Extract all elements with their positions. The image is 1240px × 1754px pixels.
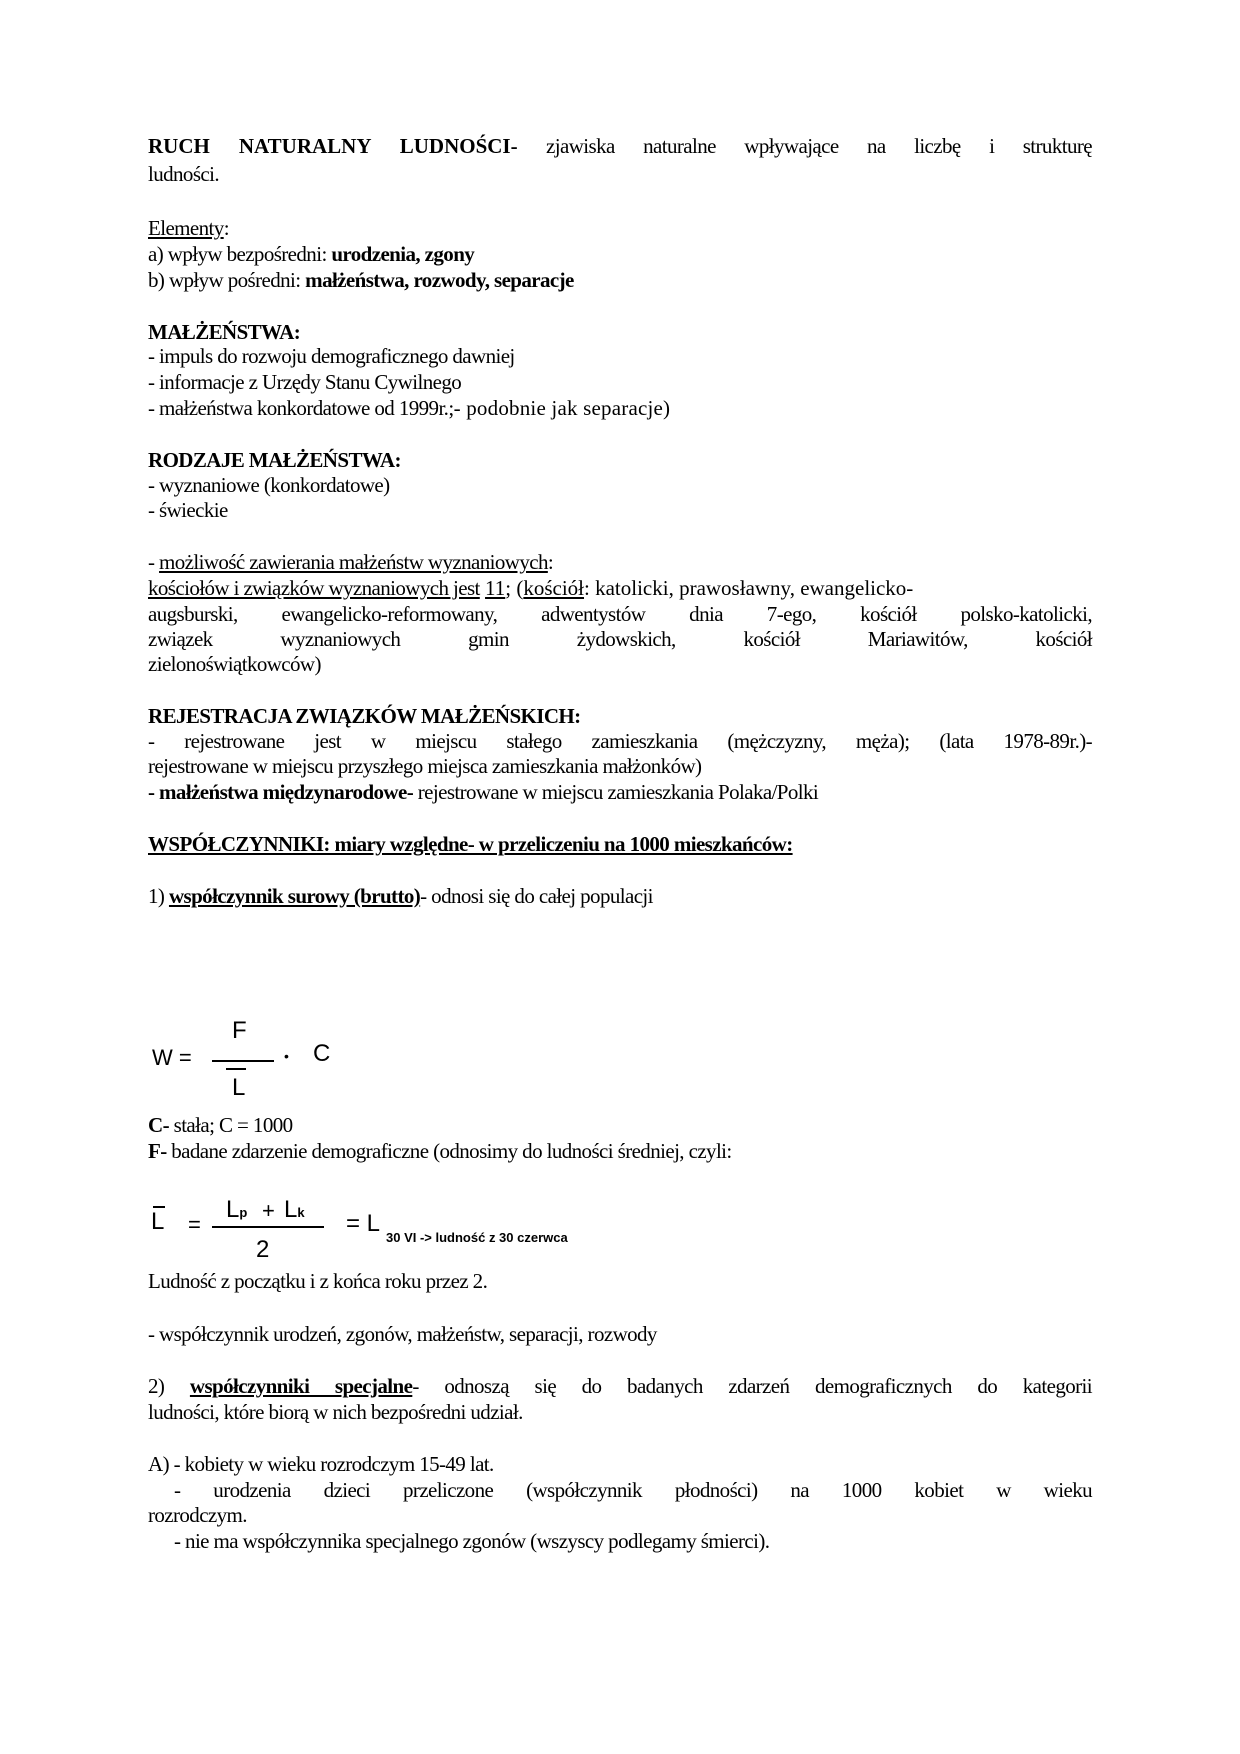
- intro-line-1: RUCH NATURALNY LUDNOŚCI- zjawiska natura…: [148, 132, 1092, 160]
- f-label: F-: [148, 1139, 167, 1163]
- a-line-1: A) - kobiety w wieku rozrodczym 15-49 la…: [148, 1450, 1092, 1478]
- section-1-line: 1) współczynnik surowy (brutto)- odnosi …: [148, 882, 1092, 910]
- mozliwosc-line-4: związek wyznaniowych gmin żydowskich, ko…: [148, 625, 1092, 653]
- intro-text: zjawiska naturalne wpływające na liczbę …: [518, 134, 1092, 158]
- formula2-eq: =: [188, 1212, 201, 1238]
- intro-line-2: ludności.: [148, 160, 1092, 188]
- f-definition: F- badane zdarzenie demograficzne (odnos…: [148, 1137, 1092, 1165]
- wspolczynniki-heading: WSPÓŁCZYNNIKI: miary względne- w przelic…: [148, 830, 1092, 858]
- malzenstwa-item-3b: - podobnie jak separacje): [454, 396, 671, 420]
- formula2-lk: L: [284, 1196, 297, 1223]
- malzenstwa-item-3: - małżeństwa konkordatowe od 1999r.;- po…: [148, 394, 1092, 422]
- a-line-4: - nie ma współczynnika specjalnego zgonó…: [174, 1527, 1118, 1555]
- elements-heading: Elementy: [148, 216, 224, 240]
- formula2-lk-sub: k: [297, 1205, 304, 1220]
- elements-item-a: a) wpływ bezpośredni: urodzenia, zgony: [148, 240, 1092, 268]
- malzenstwa-item-2: - informacje z Urzędy Stanu Cywilnego: [148, 368, 1092, 396]
- rodzaje-item-2: - świeckie: [148, 496, 1092, 524]
- mozliwosc-dash: -: [148, 550, 159, 574]
- mozliwosc-line-3: augsburski, ewangelicko-reformowany, adw…: [148, 600, 1092, 628]
- formula1-mean-bar: [226, 1068, 246, 1070]
- malzenstwa-item-3a: - małżeństwa konkordatowe od 1999r.;: [148, 396, 454, 420]
- formula2-lhs: L: [151, 1208, 164, 1236]
- rejestracja-line-1: - rejestrowane jest w miejscu stałego za…: [148, 727, 1092, 755]
- a-line-3: rozrodczym.: [148, 1501, 1092, 1529]
- formula2-lp-sub: p: [239, 1205, 247, 1220]
- section-1-title: współczynnik surowy (brutto): [169, 884, 420, 908]
- a-line-2: - urodzenia dzieci przeliczone (współczy…: [174, 1476, 1092, 1504]
- list-note: - współczynnik urodzeń, zgonów, małżeńst…: [148, 1320, 1092, 1348]
- section-1-desc: - odnosi się do całej populacji: [420, 884, 653, 908]
- rejestracja-line-3: - małżeństwa międzynarodowe- rejestrowan…: [148, 778, 1092, 806]
- malzenstwa-item-1: - impuls do rozwoju demograficznego dawn…: [148, 342, 1092, 370]
- c-definition: C- stała; C = 1000: [148, 1111, 1092, 1139]
- mozliwosc-count: 11: [485, 576, 505, 600]
- section-2-line-2: ludności, które biorą w nich bezpośredni…: [148, 1398, 1092, 1426]
- elements-item-b: b) wpływ pośredni: małżeństwa, rozwody, …: [148, 266, 1092, 294]
- document-page: RUCH NATURALNY LUDNOŚCI- zjawiska natura…: [0, 0, 1240, 1754]
- c-label: C-: [148, 1113, 169, 1137]
- c-text: stała; C = 1000: [169, 1113, 293, 1137]
- formula2-fraction-bar: [212, 1226, 324, 1228]
- formula2-subscript: 30 VI -> ludność z 30 czerwca: [386, 1230, 568, 1245]
- formula2-denominator: 2: [256, 1236, 269, 1264]
- elements-a-prefix: a) wpływ bezpośredni:: [148, 242, 331, 266]
- formula2-num-a: Lp: [226, 1196, 247, 1224]
- formula2-eq2: = L: [346, 1210, 380, 1238]
- formula2-num-b: Lk: [284, 1196, 305, 1224]
- elements-heading-line: Elementy:: [148, 214, 1092, 242]
- formula1-numerator: F: [232, 1017, 247, 1045]
- section-2-desc: - odnoszą się do badanych zdarzeń demogr…: [412, 1374, 1092, 1398]
- section-2-title: współczynniki specjalne: [190, 1374, 412, 1398]
- formula1-denominator: L: [232, 1074, 245, 1102]
- formula1-lhs: W =: [152, 1045, 192, 1071]
- mozliwosc-colon: :: [548, 550, 553, 574]
- elements-a-bold: urodzenia, zgony: [331, 242, 474, 266]
- mozliwosc-list-start: : katolicki, prawosławny, ewangelicko-: [584, 576, 913, 600]
- formula1-constant: C: [313, 1040, 330, 1068]
- formula1-fraction-bar: [212, 1060, 274, 1062]
- formula2-plus: +: [262, 1198, 275, 1224]
- mozliwosc-semicolon: ; (: [505, 576, 523, 600]
- mozliwosc-line-5: zielonoświątkowców): [148, 650, 1092, 678]
- rejestracja-international-text: rejestrowane w miejscu zamieszkania Pola…: [413, 780, 818, 804]
- formula2-lp: L: [226, 1196, 239, 1223]
- formula1-dot: •: [284, 1048, 289, 1064]
- mozliwosc-kosciol: kościół: [523, 576, 584, 600]
- f-text: badane zdarzenie demograficzne (odnosimy…: [167, 1139, 732, 1163]
- rodzaje-item-1: - wyznaniowe (konkordatowe): [148, 471, 1092, 499]
- rejestracja-line-2: rejestrowane w miejscu przyszłego miejsc…: [148, 752, 1092, 780]
- elements-b-bold: małżeństwa, rozwody, separacje: [305, 268, 574, 292]
- rejestracja-international: - małżeństwa międzynarodowe-: [148, 780, 413, 804]
- mozliwosc-line-1: - możliwość zawierania małżeństw wyznani…: [148, 548, 1092, 576]
- section-1-number: 1): [148, 884, 169, 908]
- average-note: Ludność z początku i z końca roku przez …: [148, 1267, 1092, 1295]
- elements-colon: :: [224, 216, 229, 240]
- mozliwosc-count-label: kościołów i związków wyznaniowych jest: [148, 576, 480, 600]
- elements-b-prefix: b) wpływ pośredni:: [148, 268, 305, 292]
- intro-title: RUCH NATURALNY LUDNOŚCI-: [148, 134, 518, 158]
- rejestracja-heading: REJESTRACJA ZWIĄZKÓW MAŁŻEŃSKICH:: [148, 702, 1092, 730]
- rodzaje-heading: RODZAJE MAŁŻEŃSTWA:: [148, 446, 1092, 474]
- section-2-line-1: 2) współczynniki specjalne- odnoszą się …: [148, 1372, 1092, 1400]
- mozliwosc-heading: możliwość zawierania małżeństw wyznaniow…: [159, 550, 548, 574]
- section-2-number: 2): [148, 1374, 190, 1398]
- mozliwosc-line-2: kościołów i związków wyznaniowych jest 1…: [148, 574, 1092, 602]
